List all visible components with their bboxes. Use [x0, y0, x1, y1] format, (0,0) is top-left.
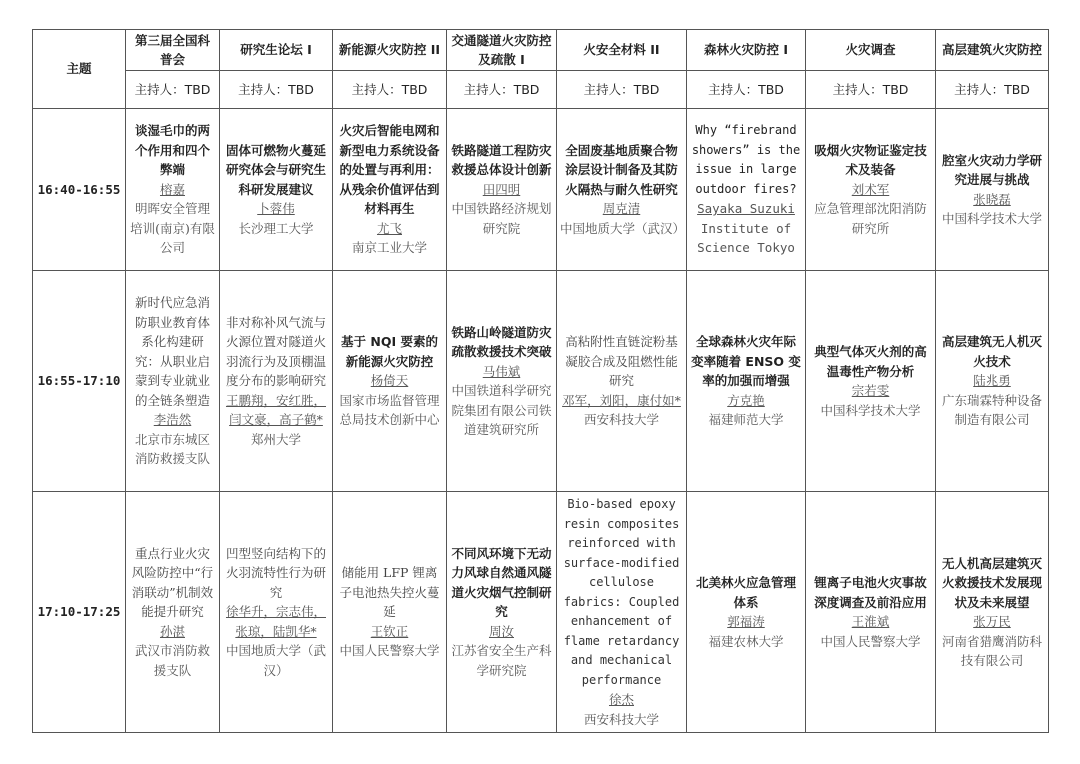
- talk-affiliation: 明晖安全管理培训(南京)有限公司: [129, 199, 216, 258]
- talk-affiliation: 长沙理工大学: [223, 219, 329, 239]
- talk-affiliation: 中国科学技术大学: [809, 401, 932, 421]
- talk-speaker: 郭福涛: [690, 612, 802, 632]
- time-slot-row: 16:55-17:10 新时代应急消防职业教育体系化构建研究：从职业启蒙到专业就…: [33, 271, 1049, 492]
- talk-title: Bio-based epoxy resin composites reinfor…: [560, 495, 683, 690]
- session-host: 主持人：TBD: [557, 71, 687, 109]
- talk-speaker: 方克艳: [690, 391, 802, 411]
- session-name: 高层建筑火灾防控: [936, 30, 1049, 71]
- talk-affiliation: 福建农林大学: [690, 632, 802, 652]
- talk-speaker: 张万民: [939, 612, 1045, 632]
- talk-affiliation: Institute of Science Tokyo: [690, 219, 802, 258]
- talk-title: 全球森林火灾年际变率随着 ENSO 变率的加强而增强: [690, 332, 802, 391]
- talk-affiliation: 武汉市消防救援支队: [129, 641, 216, 680]
- talk-affiliation: 中国人民警察大学: [809, 632, 932, 652]
- talk-title: 高层建筑无人机灭火技术: [939, 332, 1045, 371]
- session-name: 新能源火灾防控 II: [333, 30, 447, 71]
- talk-affiliation: 国家市场监督管理总局技术创新中心: [336, 391, 443, 430]
- talk-cell: Bio-based epoxy resin composites reinfor…: [557, 492, 687, 733]
- talk-title: 铁路山岭隧道防灾疏散救援技术突破: [450, 323, 553, 362]
- talk-title: 重点行业火灾风险防控中“行消联动”机制效能提升研究: [129, 544, 216, 622]
- talk-title: Why “firebrand showers” is the issue in …: [690, 121, 802, 199]
- talk-affiliation: 河南省猎鹰消防科技有限公司: [939, 632, 1045, 671]
- talk-affiliation: 江苏省安全生产科学研究院: [450, 641, 553, 680]
- talk-speaker: 榕嘉: [129, 180, 216, 200]
- header-row-hosts: 主持人：TBD 主持人：TBD 主持人：TBD 主持人：TBD 主持人：TBD …: [33, 71, 1049, 109]
- talk-speaker: 王鹏翔，安红胜，闫文豪，高子鹤*: [223, 391, 329, 430]
- talk-speaker: 张晓磊: [939, 190, 1045, 210]
- topic-label: 主题: [33, 30, 126, 109]
- session-host: 主持人：TBD: [333, 71, 447, 109]
- talk-cell: 基于 NQI 要素的新能源火灾防控 杨倚天 国家市场监督管理总局技术创新中心: [333, 271, 447, 492]
- talk-cell: 铁路隧道工程防灾救援总体设计创新 田四明 中国铁路经济规划研究院: [447, 109, 557, 271]
- talk-cell: 谈湿毛巾的两个作用和四个弊端 榕嘉 明晖安全管理培训(南京)有限公司: [126, 109, 220, 271]
- session-host: 主持人：TBD: [220, 71, 333, 109]
- talk-cell: 无人机高层建筑灭火救援技术发展现状及未来展望 张万民 河南省猎鹰消防科技有限公司: [936, 492, 1049, 733]
- session-host: 主持人：TBD: [126, 71, 220, 109]
- time-slot-row: 16:40-16:55 谈湿毛巾的两个作用和四个弊端 榕嘉 明晖安全管理培训(南…: [33, 109, 1049, 271]
- talk-speaker: 周汝: [450, 622, 553, 642]
- talk-affiliation: 中国地质大学（武汉）: [560, 219, 683, 239]
- talk-title: 基于 NQI 要素的新能源火灾防控: [336, 332, 443, 371]
- talk-title: 锂离子电池火灾事故深度调查及前沿应用: [809, 573, 932, 612]
- talk-title: 吸烟火灾物证鉴定技术及装备: [809, 141, 932, 180]
- session-host: 主持人：TBD: [447, 71, 557, 109]
- talk-title: 典型气体灭火剂的高温毒性产物分析: [809, 342, 932, 381]
- talk-title: 高粘附性直链淀粉基凝胶合成及阻燃性能研究: [560, 332, 683, 391]
- talk-cell: 吸烟火灾物证鉴定技术及装备 刘术军 应急管理部沈阳消防研究所: [806, 109, 936, 271]
- talk-cell: 高层建筑无人机灭火技术 陆兆勇 广东瑞霖特种设备制造有限公司: [936, 271, 1049, 492]
- schedule-table: 主题 第三届全国科普会 研究生论坛 I 新能源火灾防控 II 交通隧道火灾防控及…: [32, 29, 1049, 733]
- session-host: 主持人：TBD: [687, 71, 806, 109]
- talk-speaker: 宗若雯: [809, 381, 932, 401]
- talk-affiliation: 郑州大学: [223, 430, 329, 450]
- talk-cell: 新时代应急消防职业教育体系化构建研究：从职业启蒙到专业就业的全链条塑造 李浩然 …: [126, 271, 220, 492]
- talk-title: 不同风环境下无动力风球自然通风隧道火灾烟气控制研究: [450, 544, 553, 622]
- talk-cell: 腔室火灾动力学研究进展与挑战 张晓磊 中国科学技术大学: [936, 109, 1049, 271]
- talk-affiliation: 广东瑞霖特种设备制造有限公司: [939, 391, 1045, 430]
- talk-speaker: 徐杰: [560, 690, 683, 710]
- talk-affiliation: 西安科技大学: [560, 710, 683, 730]
- talk-speaker: 陆兆勇: [939, 371, 1045, 391]
- talk-speaker: 杨倚天: [336, 371, 443, 391]
- session-name: 火安全材料 II: [557, 30, 687, 71]
- talk-title: 固体可燃物火蔓延研究体会与研究生科研发展建议: [223, 141, 329, 200]
- talk-speaker: 邓军，刘阳，康付如*: [560, 391, 683, 411]
- talk-speaker: 孙湛: [129, 622, 216, 642]
- talk-title: 铁路隧道工程防灾救援总体设计创新: [450, 141, 553, 180]
- time-slot: 16:55-17:10: [33, 271, 126, 492]
- talk-cell: 非对称补风气流与火源位置对隧道火羽流行为及顶棚温度分布的影响研究 王鹏翔，安红胜…: [220, 271, 333, 492]
- talk-speaker: 马伟斌: [450, 362, 553, 382]
- time-slot-row: 17:10-17:25 重点行业火灾风险防控中“行消联动”机制效能提升研究 孙湛…: [33, 492, 1049, 733]
- talk-cell: 典型气体灭火剂的高温毒性产物分析 宗若雯 中国科学技术大学: [806, 271, 936, 492]
- talk-title: 腔室火灾动力学研究进展与挑战: [939, 151, 1045, 190]
- time-slot: 16:40-16:55: [33, 109, 126, 271]
- time-slot: 17:10-17:25: [33, 492, 126, 733]
- talk-title: 凹型竖向结构下的火羽流特性行为研究: [223, 544, 329, 603]
- talk-cell: 全球森林火灾年际变率随着 ENSO 变率的加强而增强 方克艳 福建师范大学: [687, 271, 806, 492]
- talk-affiliation: 中国人民警察大学: [336, 641, 443, 661]
- header-row-sessions: 主题 第三届全国科普会 研究生论坛 I 新能源火灾防控 II 交通隧道火灾防控及…: [33, 30, 1049, 71]
- talk-affiliation: 应急管理部沈阳消防研究所: [809, 199, 932, 238]
- talk-speaker: Sayaka Suzuki: [690, 199, 802, 219]
- session-host: 主持人：TBD: [936, 71, 1049, 109]
- talk-speaker: 徐华升，宗志伟，张琼，陆凯华*: [223, 602, 329, 641]
- session-name: 研究生论坛 I: [220, 30, 333, 71]
- talk-cell: 铁路山岭隧道防灾疏散救援技术突破 马伟斌 中国铁道科学研究院集团有限公司铁道建筑…: [447, 271, 557, 492]
- session-host: 主持人：TBD: [806, 71, 936, 109]
- talk-speaker: 王钦正: [336, 622, 443, 642]
- talk-title: 北美林火应急管理体系: [690, 573, 802, 612]
- talk-cell: Why “firebrand showers” is the issue in …: [687, 109, 806, 271]
- talk-affiliation: 中国地质大学（武汉）: [223, 641, 329, 680]
- talk-affiliation: 中国科学技术大学: [939, 209, 1045, 229]
- talk-cell: 凹型竖向结构下的火羽流特性行为研究 徐华升，宗志伟，张琼，陆凯华* 中国地质大学…: [220, 492, 333, 733]
- talk-title: 全固废基地质聚合物涂层设计制备及其防火隔热与耐久性研究: [560, 141, 683, 200]
- talk-speaker: 田四明: [450, 180, 553, 200]
- talk-speaker: 卜蓉伟: [223, 199, 329, 219]
- talk-affiliation: 南京工业大学: [336, 238, 443, 258]
- talk-affiliation: 中国铁道科学研究院集团有限公司铁道建筑研究所: [450, 381, 553, 440]
- talk-speaker: 周克清: [560, 199, 683, 219]
- talk-affiliation: 中国铁路经济规划研究院: [450, 199, 553, 238]
- talk-affiliation: 福建师范大学: [690, 410, 802, 430]
- talk-cell: 固体可燃物火蔓延研究体会与研究生科研发展建议 卜蓉伟 长沙理工大学: [220, 109, 333, 271]
- talk-title: 新时代应急消防职业教育体系化构建研究：从职业启蒙到专业就业的全链条塑造: [129, 293, 216, 410]
- talk-cell: 北美林火应急管理体系 郭福涛 福建农林大学: [687, 492, 806, 733]
- talk-speaker: 王淮斌: [809, 612, 932, 632]
- talk-title: 谈湿毛巾的两个作用和四个弊端: [129, 121, 216, 180]
- talk-title: 火灾后智能电网和新型电力系统设备的处置与再利用：从残余价值评估到材料再生: [336, 121, 443, 219]
- talk-speaker: 李浩然: [129, 410, 216, 430]
- talk-title: 非对称补风气流与火源位置对隧道火羽流行为及顶棚温度分布的影响研究: [223, 313, 329, 391]
- talk-cell: 储能用 LFP 锂离子电池热失控火蔓延 王钦正 中国人民警察大学: [333, 492, 447, 733]
- talk-cell: 高粘附性直链淀粉基凝胶合成及阻燃性能研究 邓军，刘阳，康付如* 西安科技大学: [557, 271, 687, 492]
- talk-title: 储能用 LFP 锂离子电池热失控火蔓延: [336, 563, 443, 622]
- session-name: 森林火灾防控 I: [687, 30, 806, 71]
- talk-cell: 全固废基地质聚合物涂层设计制备及其防火隔热与耐久性研究 周克清 中国地质大学（武…: [557, 109, 687, 271]
- talk-cell: 不同风环境下无动力风球自然通风隧道火灾烟气控制研究 周汝 江苏省安全生产科学研究…: [447, 492, 557, 733]
- talk-cell: 重点行业火灾风险防控中“行消联动”机制效能提升研究 孙湛 武汉市消防救援支队: [126, 492, 220, 733]
- talk-speaker: 尤飞: [336, 219, 443, 239]
- session-name: 交通隧道火灾防控及疏散 I: [447, 30, 557, 71]
- talk-cell: 锂离子电池火灾事故深度调查及前沿应用 王淮斌 中国人民警察大学: [806, 492, 936, 733]
- talk-cell: 火灾后智能电网和新型电力系统设备的处置与再利用：从残余价值评估到材料再生 尤飞 …: [333, 109, 447, 271]
- talk-affiliation: 西安科技大学: [560, 410, 683, 430]
- session-name: 第三届全国科普会: [126, 30, 220, 71]
- talk-affiliation: 北京市东城区消防救援支队: [129, 430, 216, 469]
- talk-speaker: 刘术军: [809, 180, 932, 200]
- talk-title: 无人机高层建筑灭火救援技术发展现状及未来展望: [939, 554, 1045, 613]
- session-name: 火灾调查: [806, 30, 936, 71]
